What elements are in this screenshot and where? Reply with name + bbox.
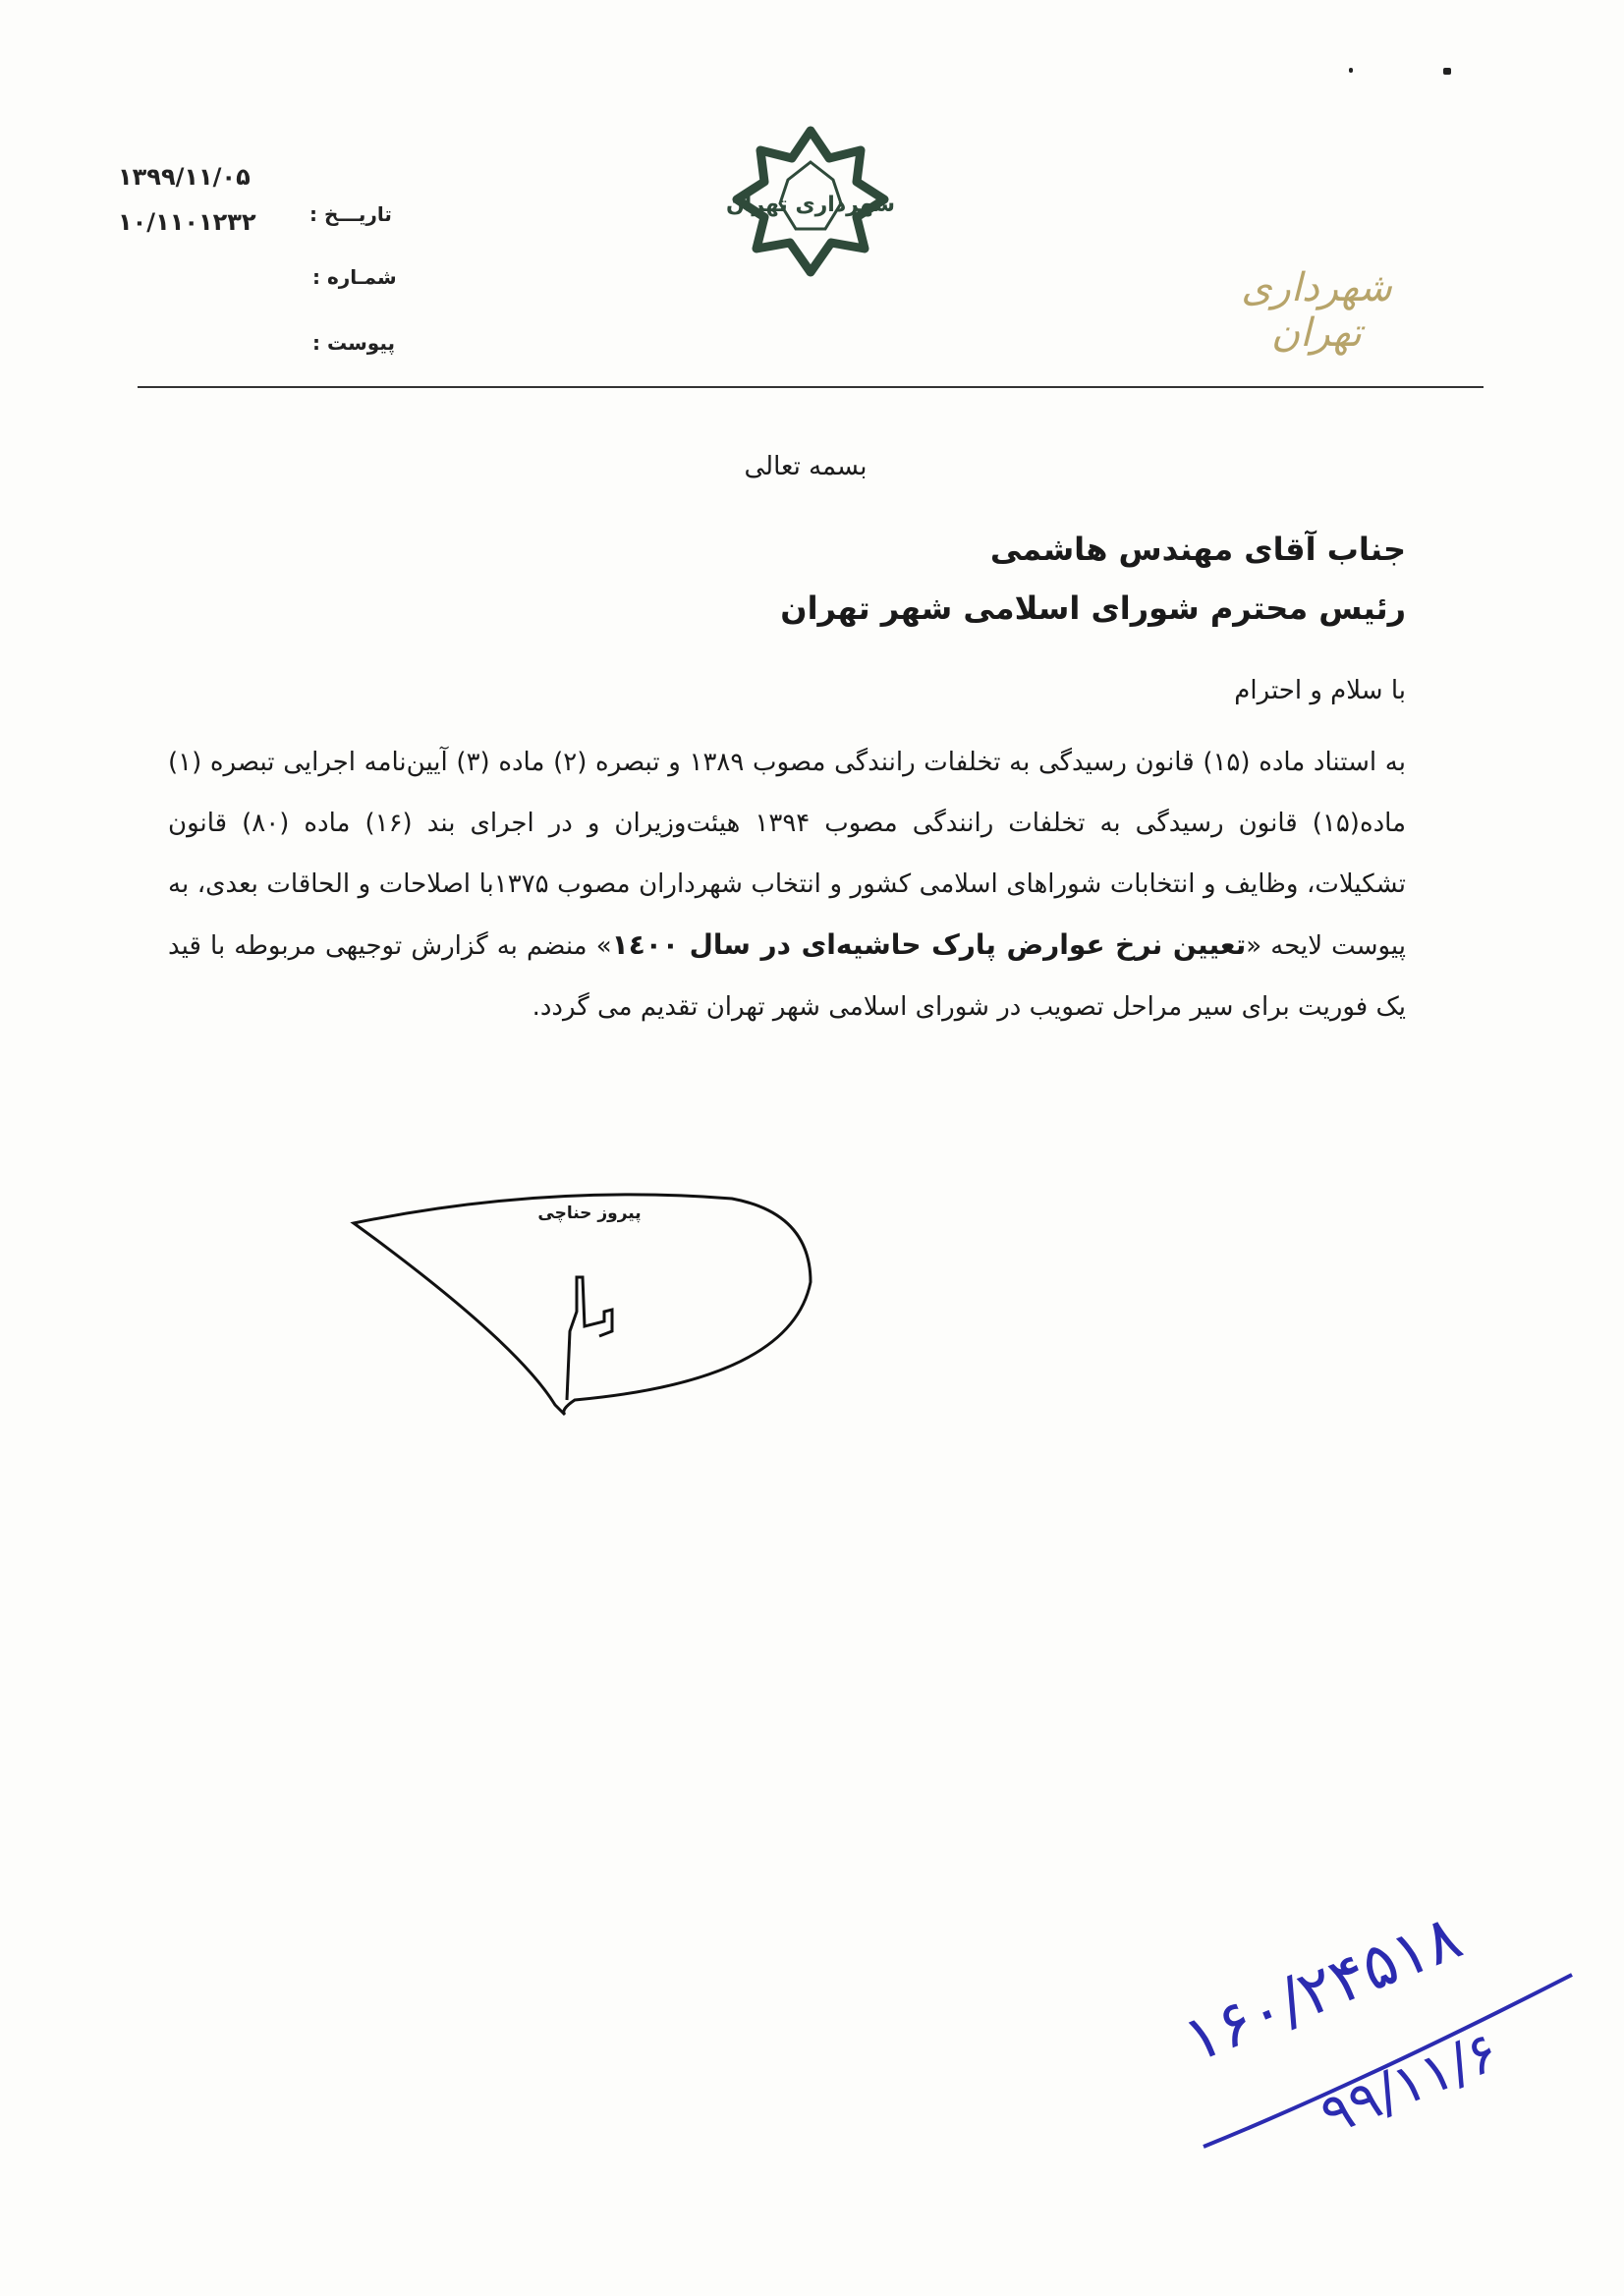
date-value: ۱۳۹۹/۱۱/۰۵ — [118, 163, 251, 191]
calligraphy-title: شهرداری تهران — [1199, 265, 1434, 334]
recipient-title: رئیس محترم شورای اسلامی شهر تهران — [780, 589, 1406, 627]
handwritten-registration-note: ۱۶۰/۲۴۵۱۸ ۹۹/۱۱/۶ — [1164, 1867, 1577, 2181]
number-value: ۱۰/۱۱۰۱۲۳۲ — [118, 208, 256, 236]
invocation: بسمه تعالی — [688, 452, 924, 481]
handwritten-date: ۹۹/۱۱/۶ — [1312, 2020, 1507, 2149]
recipient-name: جناب آقای مهندس هاشمی — [990, 531, 1406, 568]
header-divider — [138, 386, 1484, 388]
scan-speck — [1443, 68, 1451, 75]
salutation: با سلام و احترام — [1234, 676, 1406, 705]
scan-speck — [1349, 68, 1353, 73]
star-emblem-icon: شهرداری تهران — [727, 123, 894, 285]
letter-body: به استناد ماده (۱۵) قانون رسیدگی به تخلف… — [168, 732, 1406, 1037]
bill-title: تعیین نرخ عوارض پارک حاشیه‌ای در سال ۱٤۰… — [612, 928, 1247, 961]
number-label: شمـاره : — [312, 265, 397, 289]
signer-name: پیروز حناچی — [511, 1204, 668, 1223]
signature-scribble — [567, 1277, 612, 1400]
svg-text:شهرداری تهران: شهرداری تهران — [727, 193, 894, 217]
municipality-logo: شهرداری تهران — [727, 123, 894, 285]
attachment-label: پیوست : — [312, 331, 395, 355]
date-label: تاریـــخ : — [309, 202, 392, 226]
